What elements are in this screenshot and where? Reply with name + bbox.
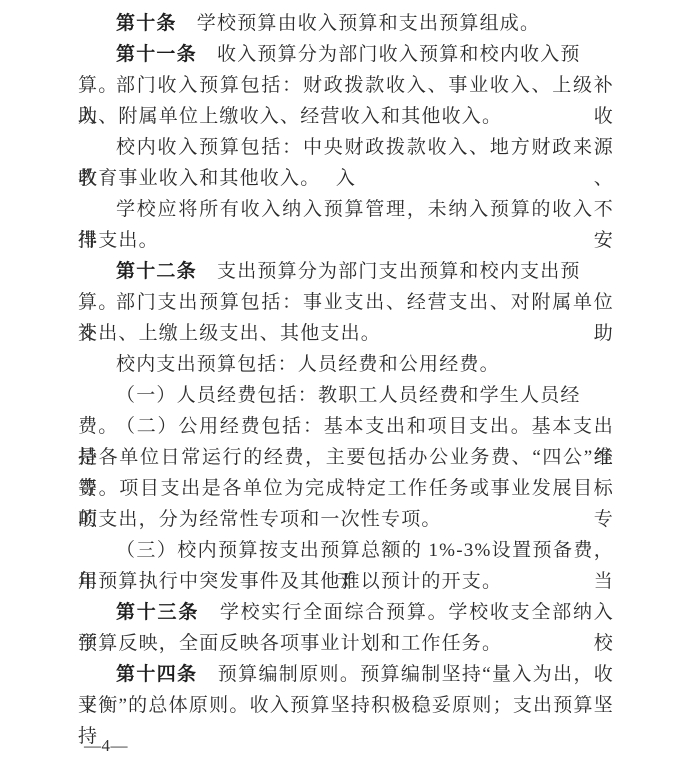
- text-line: 平衡”的总体原则。收入预算坚持积极稳妥原则；支出预算坚持: [78, 690, 614, 721]
- text-segment: 年预算执行中突发事件及其他难以预计的开支。: [78, 571, 502, 592]
- text-line: 持各单位日常运行的经费，主要包括办公业务费、“四公”经费: [78, 442, 614, 473]
- text-segment: 校内支出预算包括：人员经费和公用经费。: [116, 354, 500, 375]
- text-line: 校内支出预算包括：人员经费和公用经费。: [78, 349, 614, 380]
- article-number: 第十一条: [116, 44, 197, 65]
- text-segment: 学校预算由收入预算和支出预算组成。: [177, 13, 541, 34]
- text-segment: 教育事业收入和其他收入。: [78, 168, 320, 189]
- text-segment: 预算反映，全面反映各项事业计划和工作任务。: [78, 633, 502, 654]
- page-background: { "page": { "background_color": "#ffffff…: [0, 0, 681, 765]
- article-number: 第十三条: [116, 602, 199, 623]
- text-line: 校内收入预算包括：中央财政拨款收入、地方财政来源收入、: [78, 132, 614, 163]
- article-number: 第十条: [116, 13, 177, 34]
- text-line: 等。项目支出是各单位为完成特定工作任务或事业发展目标的专: [78, 473, 614, 504]
- text-line: （二）公用经费包括：基本支出和项目支出。基本支出是维: [78, 411, 614, 442]
- text-segment: 入、附属单位上缴收入、经营收入和其他收入。: [78, 106, 502, 127]
- text-line: 学校应将所有收入纳入预算管理，未纳入预算的收入不得安: [78, 194, 614, 225]
- text-line: （一）人员经费包括：教职工人员经费和学生人员经费。: [78, 380, 614, 411]
- text-line: 部门收入预算包括：财政拨款收入、事业收入、上级补助收: [78, 70, 614, 101]
- document-page: 第十条 学校预算由收入预算和支出预算组成。第十一条 收入预算分为部门收入预算和校…: [0, 0, 681, 756]
- article-number: 第十四条: [116, 664, 197, 685]
- article-number: 第十二条: [116, 261, 197, 282]
- text-line: 第十条 学校预算由收入预算和支出预算组成。: [78, 8, 614, 39]
- text-line: 第十四条 预算编制原则。预算编制坚持“量入为出，收支: [78, 659, 614, 690]
- text-segment: 支出、上缴上级支出、其他支出。: [78, 323, 381, 344]
- text-segment: 排支出。: [78, 230, 159, 251]
- text-line: （三）校内预算按支出预算总额的 1%-3%设置预备费，用于当: [78, 535, 614, 566]
- text-line: 第十一条 收入预算分为部门收入预算和校内收入预算。: [78, 39, 614, 70]
- text-line: 部门支出预算包括：事业支出、经营支出、对附属单位补助: [78, 287, 614, 318]
- document-body: 第十条 学校预算由收入预算和支出预算组成。第十一条 收入预算分为部门收入预算和校…: [78, 8, 614, 721]
- text-segment: 项支出，分为经常性专项和一次性专项。: [78, 509, 442, 530]
- page-number: —4—: [84, 736, 614, 756]
- text-line: 第十二条 支出预算分为部门支出预算和校内支出预算。: [78, 256, 614, 287]
- text-line: 第十三条 学校实行全面综合预算。学校收支全部纳入学校: [78, 597, 614, 628]
